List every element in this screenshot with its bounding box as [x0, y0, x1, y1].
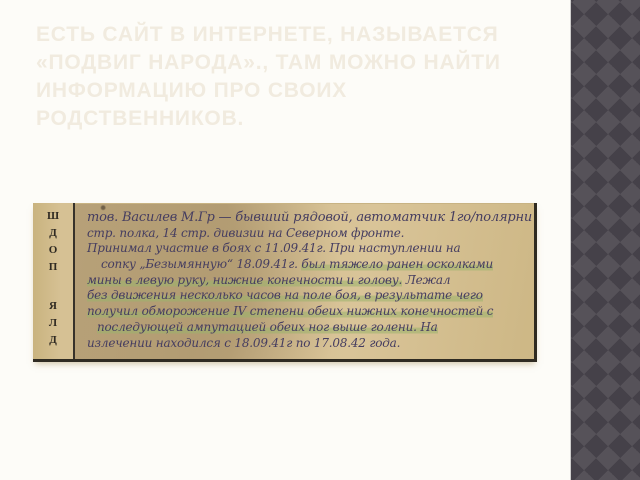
margin-letter: П: [49, 259, 58, 276]
highlighted-phrase: мины в левую руку, нижние конечности и г…: [87, 273, 402, 287]
slide-title: ЕСТЬ САЙТ В ИНТЕРНЕТЕ, НАЗЫВАЕТСЯ «ПОДВИ…: [36, 21, 546, 133]
handwritten-text: стр. полка, 14 стр. дивизии на Северном …: [87, 226, 404, 240]
handwritten-line: сопку „Безымянную“ 18.09.41г. был тяжело…: [101, 257, 532, 273]
handwritten-line: стр. полка, 14 стр. дивизии на Северном …: [87, 226, 532, 242]
handwritten-line: Принимал участие в боях с 11.09.41г. При…: [87, 241, 532, 257]
title-line-1: ЕСТЬ САЙТ В ИНТЕРНЕТЕ, НАЗЫВАЕТСЯ: [36, 21, 546, 49]
handwritten-text: тов. Василев М.Гр — бывший рядовой, авто…: [87, 210, 532, 225]
margin-letter: Д: [49, 225, 57, 242]
archive-document-photo: ШДОПЯЛД тов. Василев М.Гр — бывший рядов…: [33, 203, 537, 362]
diamond-pattern-sidebar: [570, 0, 640, 480]
slide-canvas: ЕСТЬ САЙТ В ИНТЕРНЕТЕ, НАЗЫВАЕТСЯ «ПОДВИ…: [0, 0, 640, 480]
handwritten-line: излечении находился с 18.09.41г по 17.08…: [87, 336, 532, 352]
margin-letter: Я: [49, 298, 57, 315]
handwritten-line: последующей ампутацией обеих ног выше го…: [97, 320, 532, 336]
title-line-3: ИНФОРМАЦИЮ ПРО СВОИХ РОДСТВЕННИКОВ.: [36, 77, 546, 133]
title-line-2: «ПОДВИГ НАРОДА»., ТАМ МОЖНО НАЙТИ: [36, 49, 546, 77]
handwritten-line: мины в левую руку, нижние конечности и г…: [87, 273, 532, 289]
handwritten-line: тов. Василев М.Гр — бывший рядовой, авто…: [87, 210, 532, 226]
margin-letter: Л: [49, 315, 57, 332]
document-handwriting: тов. Василев М.Гр — бывший рядовой, авто…: [75, 203, 534, 359]
document-filing-margin: ШДОПЯЛД: [33, 203, 75, 359]
highlighted-phrase: последующей ампутацией обеих ног выше го…: [97, 320, 438, 334]
margin-letter: Д: [49, 332, 57, 349]
margin-letter: Ш: [47, 208, 59, 225]
handwritten-text: Лежал: [402, 273, 450, 287]
handwritten-text: излечении находился с 18.09.41г по 17.08…: [87, 336, 400, 350]
highlighted-phrase: был тяжело ранен осколками: [301, 257, 493, 271]
highlighted-phrase: получил обморожение IV степени обеих ниж…: [87, 304, 493, 318]
handwritten-line: без движения несколько часов на поле боя…: [87, 288, 532, 304]
handwritten-line: получил обморожение IV степени обеих ниж…: [87, 304, 532, 320]
handwritten-text: Принимал участие в боях с 11.09.41г. При…: [87, 241, 460, 255]
margin-letter: О: [49, 242, 58, 259]
handwritten-text: сопку „Безымянную“ 18.09.41г.: [101, 257, 301, 271]
highlighted-phrase: без движения несколько часов на поле боя…: [87, 288, 483, 302]
